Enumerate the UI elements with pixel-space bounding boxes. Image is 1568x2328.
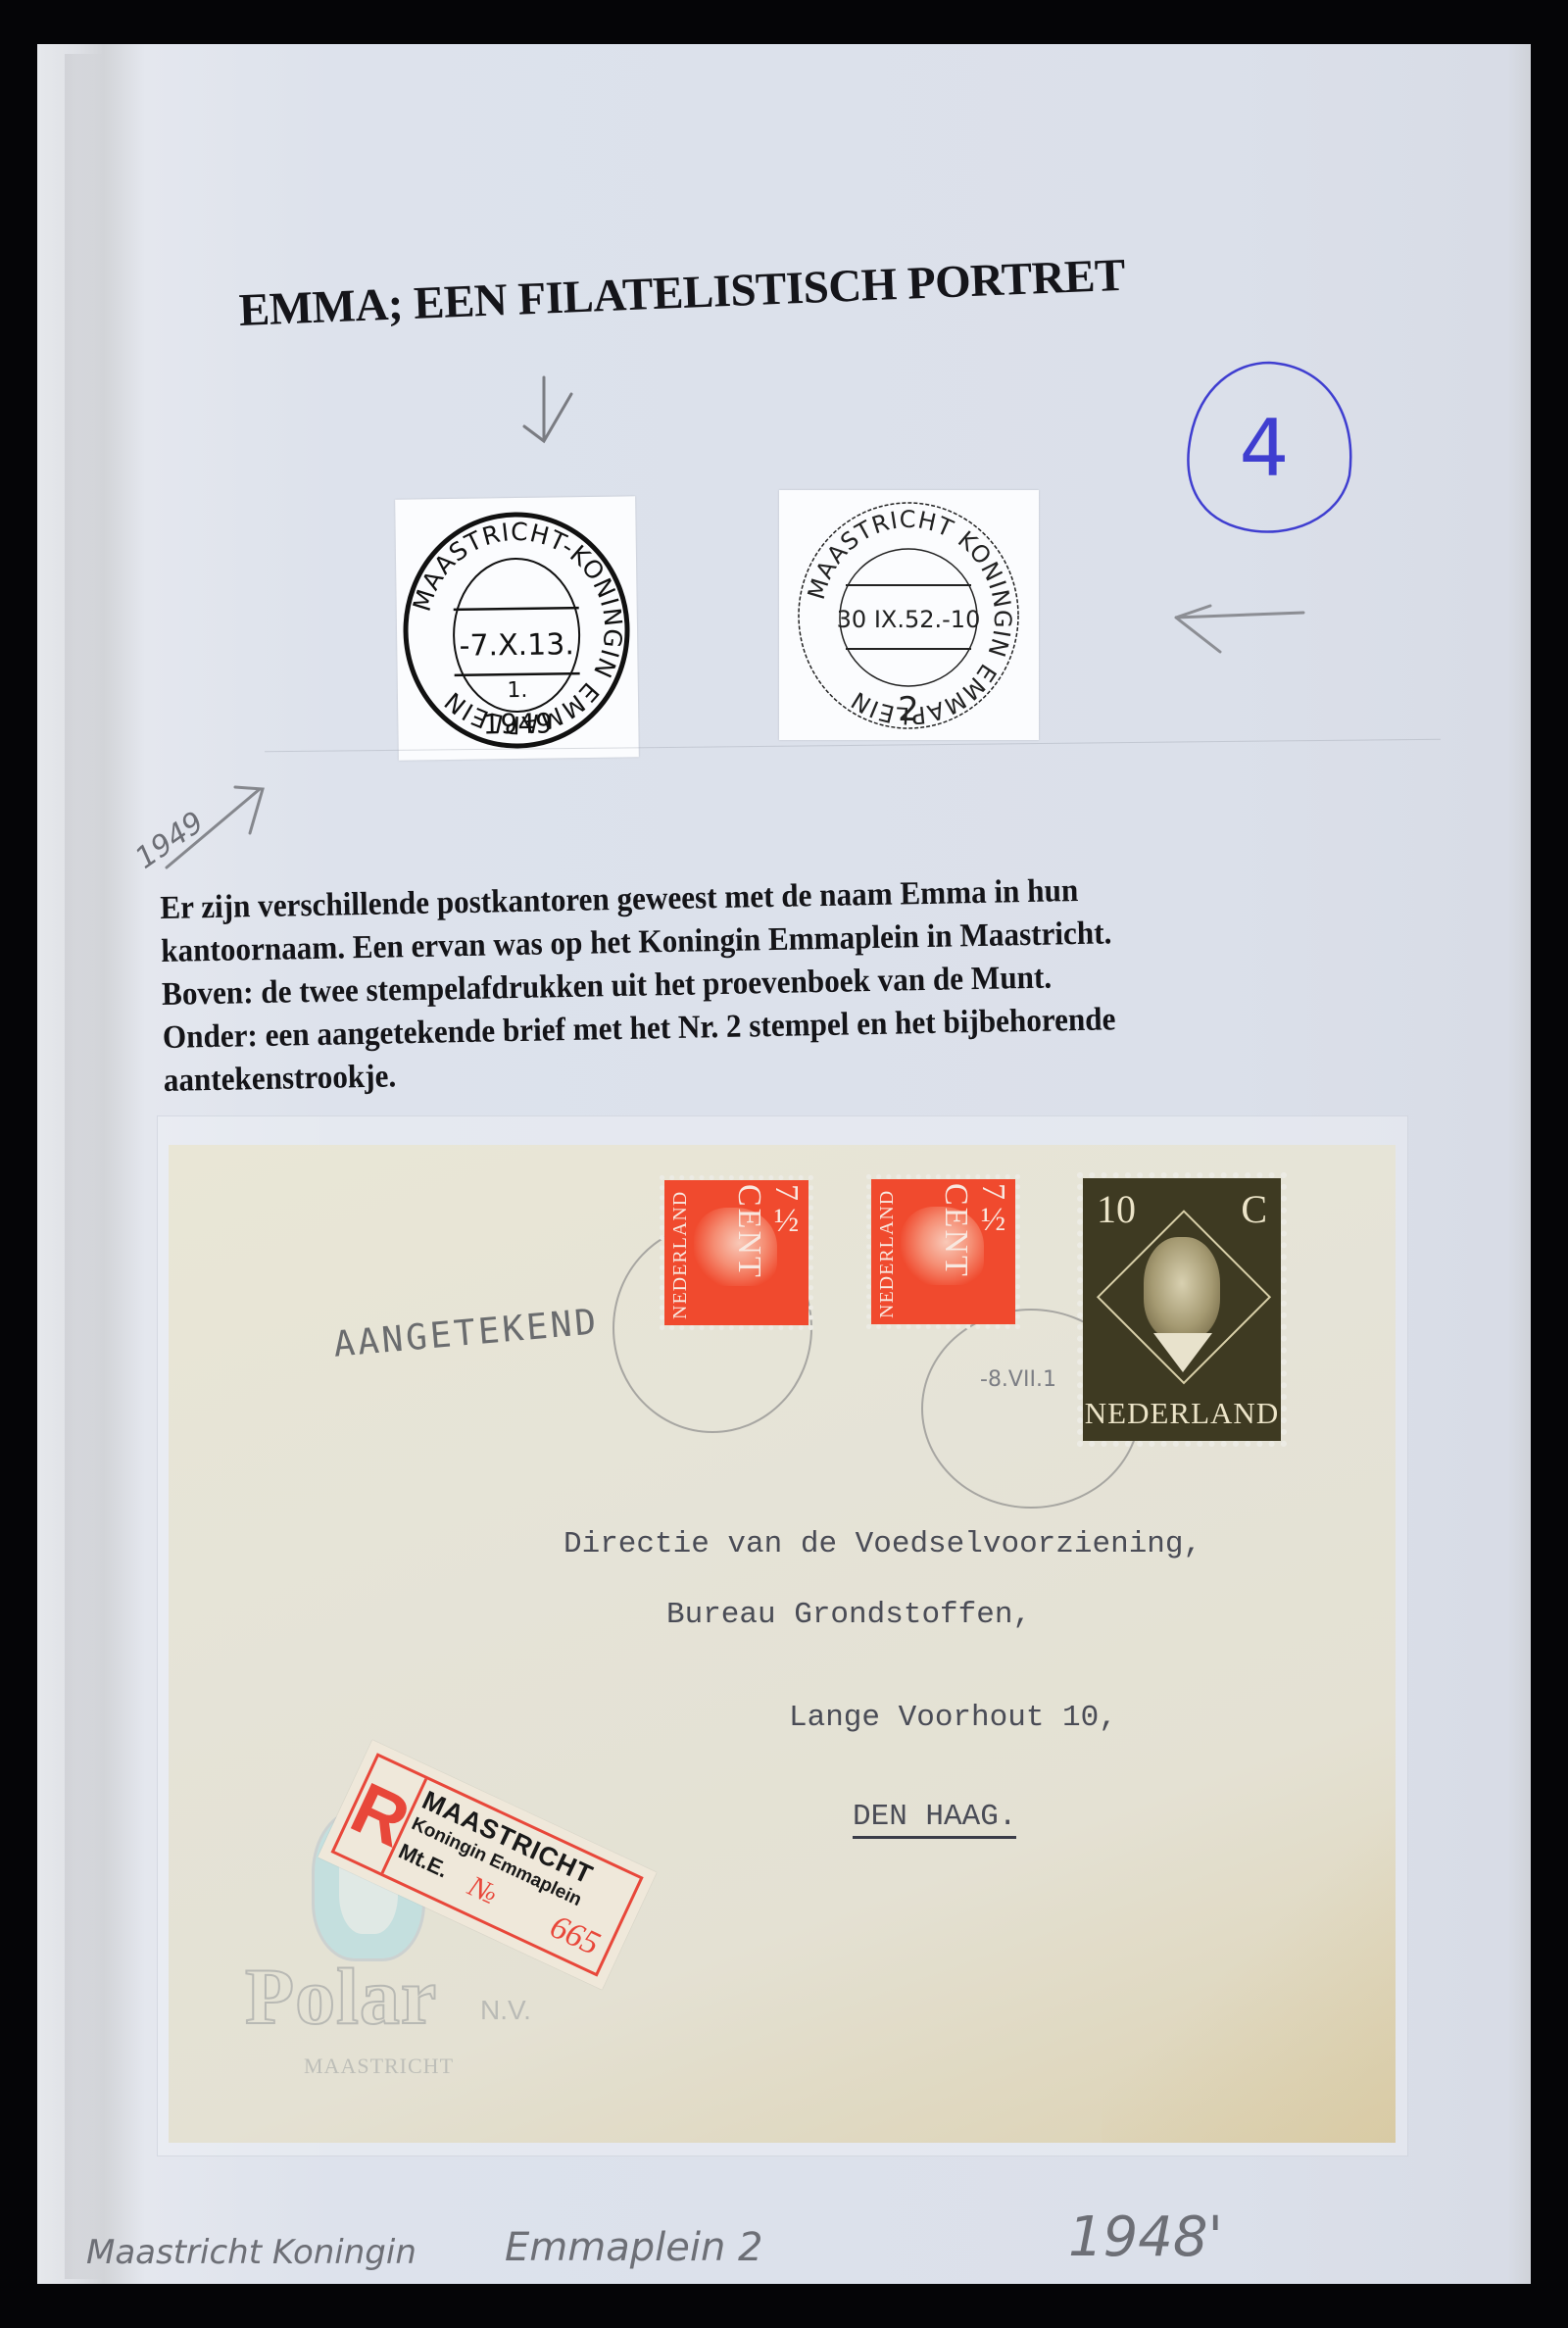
svg-text:30 IX.52.-10: 30 IX.52.-10 — [837, 606, 981, 633]
svg-text:1.: 1. — [507, 678, 527, 703]
sender-city: MAASTRICHT — [304, 2054, 454, 2079]
sender-name: Polar — [245, 1951, 437, 2043]
stamp-7-half-cent-1: NEDERLAND 7½ CENT — [664, 1180, 808, 1325]
cancellation-proof-2: MAASTRICHT KONINGIN EMMAPLEIN 30 IX.52.-… — [779, 490, 1039, 740]
cancellation-proof-1: MAASTRICHT-KONINGIN EMMAPLEIN -7.X.13. 1… — [395, 496, 639, 760]
registration-number-prefix: № — [464, 1870, 503, 1912]
address-line-1: Directie van de Voedselvoorziening, — [563, 1527, 1201, 1561]
address-line-2: Bureau Grondstoffen, — [666, 1598, 1031, 1632]
page-fold-shadow — [65, 54, 104, 2279]
svg-text:-7.X.13.: -7.X.13. — [459, 627, 574, 664]
queen-juliana-portrait — [1144, 1237, 1220, 1340]
footer-note-middle: Emmaplein 2 — [505, 2225, 762, 2270]
sender-suffix: N.V. — [480, 1995, 531, 2026]
pencil-down-arrow-icon — [514, 372, 583, 451]
page-number: 4 — [1240, 403, 1290, 494]
page-number-circle: 4 — [1171, 348, 1367, 544]
pencil-diagonal-arrow-icon — [157, 769, 274, 877]
address-line-3: Lange Voorhout 10, — [789, 1701, 1117, 1735]
envelope-shade — [1102, 1751, 1396, 2143]
svg-text:2: 2 — [898, 690, 919, 729]
stamp-10-cent: 10 C NEDERLAND — [1083, 1178, 1281, 1441]
svg-text:1949: 1949 — [483, 708, 554, 741]
stamp-7-half-cent-2: NEDERLAND 7½ CENT — [871, 1179, 1015, 1324]
pencil-left-arrow-icon — [1166, 598, 1313, 657]
address-line-4: DEN HAAG. — [853, 1800, 1016, 1839]
footer-note-right: 1948' — [1068, 2205, 1223, 2269]
postmark-date: -8.VII.1 — [980, 1367, 1056, 1392]
registration-number: 665 — [544, 1908, 605, 1963]
footer-note-left: Maastricht Koningin — [86, 2233, 416, 2272]
description-text: Er zijn verschillende postkantoren gewee… — [160, 863, 1418, 1103]
